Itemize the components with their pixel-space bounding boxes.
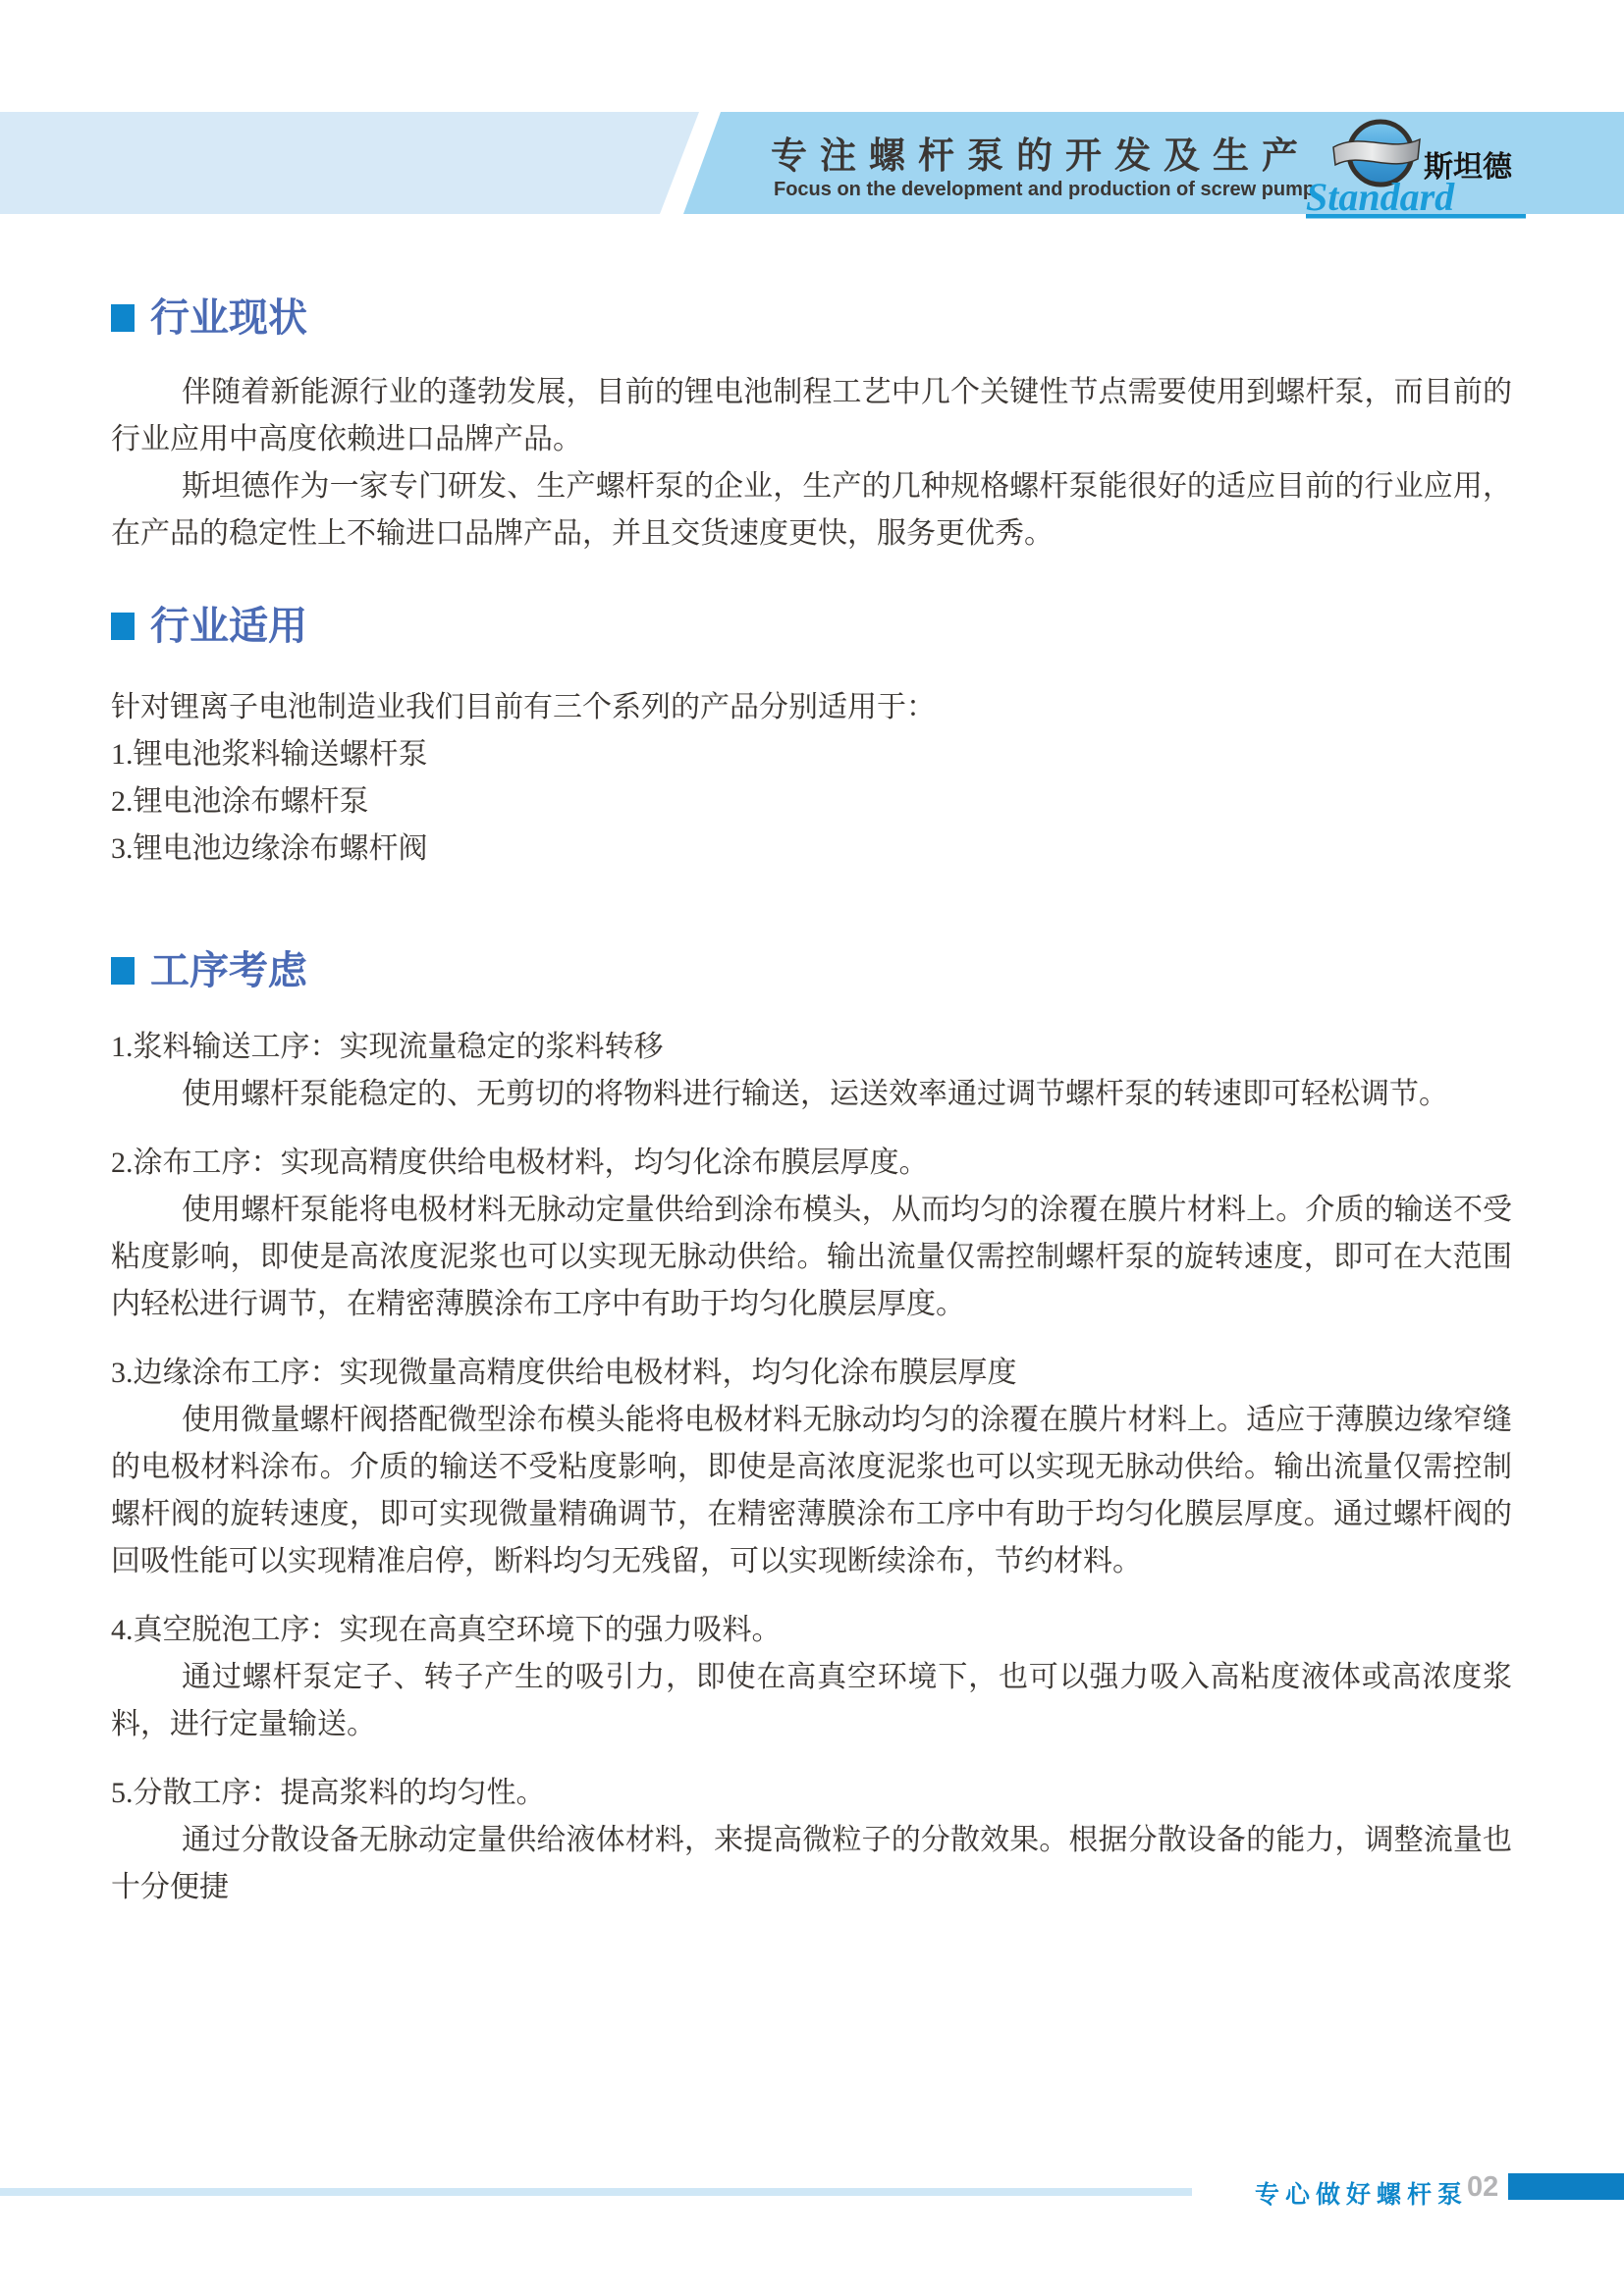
process-body: 使用螺杆泵能将电极材料无脉动定量供给到涂布模头，从而均匀的涂覆在膜片材料上。介质… <box>111 1187 1512 1328</box>
process-item: 2.涂布工序：实现高精度供给电极材料，均匀化涂布膜层厚度。 使用螺杆泵能将电极材… <box>111 1140 1512 1328</box>
logo-globe-icon: 斯坦德 Standard <box>1304 114 1530 226</box>
process-heading: 2.涂布工序：实现高精度供给电极材料，均匀化涂布膜层厚度。 <box>111 1140 1512 1187</box>
banner-title: 专注螺杆泵的开发及生产 <box>771 126 1311 179</box>
blue-square-bullet-icon <box>111 957 135 985</box>
banner-subtitle: Focus on the development and production … <box>774 179 1315 201</box>
company-logo: 斯坦德 Standard <box>1304 114 1530 226</box>
section-industry-application: 行业适用 针对锂离子电池制造业我们目前有三个系列的产品分别适用于： 1.锂电池浆… <box>111 603 1512 873</box>
footer-slogan: 专心做好螺杆泵 <box>1255 2175 1468 2211</box>
logo-swoosh <box>1333 139 1420 165</box>
logo-underline <box>1306 214 1526 219</box>
list-item: 2.锂电池涂布螺杆泵 <box>111 778 1512 826</box>
process-body: 通过分散设备无脉动定量供给液体材料，来提高微粒子的分散效果。根据分散设备的能力，… <box>111 1817 1512 1911</box>
process-item: 5.分散工序：提高浆料的均匀性。 通过分散设备无脉动定量供给液体材料，来提高微粒… <box>111 1770 1512 1911</box>
paragraph: 斯坦德作为一家专门研发、生产螺杆泵的企业，生产的几种规格螺杆泵能很好的适应目前的… <box>111 463 1512 558</box>
footer-blue-block <box>1508 2173 1624 2200</box>
document-content: 行业现状 伴随着新能源行业的蓬勃发展，目前的锂电池制程工艺中几个关键性节点需要使… <box>111 294 1512 1933</box>
section-title-text: 行业现状 <box>150 294 307 342</box>
section-title-text: 行业适用 <box>150 603 307 650</box>
process-item: 1.浆料输送工序：实现流量稳定的浆料转移 使用螺杆泵能稳定的、无剪切的将物料进行… <box>111 1024 1512 1118</box>
logo-text-en: Standard <box>1306 175 1455 219</box>
process-body: 使用微量螺杆阀搭配微型涂布模头能将电极材料无脉动均匀的涂覆在膜片材料上。适应于薄… <box>111 1397 1512 1585</box>
process-item: 4.真空脱泡工序：实现在高真空环境下的强力吸料。 通过螺杆泵定子、转子产生的吸引… <box>111 1607 1512 1748</box>
section-title-text: 工序考虑 <box>150 947 307 994</box>
paragraph: 伴随着新能源行业的蓬勃发展，目前的锂电池制程工艺中几个关键性节点需要使用到螺杆泵… <box>111 369 1512 463</box>
footer-light-bar <box>0 2188 1192 2196</box>
section-process-considerations: 工序考虑 1.浆料输送工序：实现流量稳定的浆料转移 使用螺杆泵能稳定的、无剪切的… <box>111 947 1512 1911</box>
section-title: 行业现状 <box>111 294 1512 342</box>
process-item: 3.边缘涂布工序：实现微量高精度供给电极材料，均匀化涂布膜层厚度 使用微量螺杆阀… <box>111 1350 1512 1585</box>
section-industry-status: 行业现状 伴随着新能源行业的蓬勃发展，目前的锂电池制程工艺中几个关键性节点需要使… <box>111 294 1512 558</box>
process-heading: 5.分散工序：提高浆料的均匀性。 <box>111 1770 1512 1817</box>
process-body: 通过螺杆泵定子、转子产生的吸引力，即使在高真空环境下，也可以强力吸入高粘度液体或… <box>111 1654 1512 1748</box>
brochure-page: 专注螺杆泵的开发及生产 Focus on the development and… <box>0 0 1624 2296</box>
process-body: 使用螺杆泵能稳定的、无剪切的将物料进行输送，运送效率通过调节螺杆泵的转速即可轻松… <box>111 1071 1512 1118</box>
process-heading: 4.真空脱泡工序：实现在高真空环境下的强力吸料。 <box>111 1607 1512 1654</box>
section-title: 行业适用 <box>111 603 1512 650</box>
blue-square-bullet-icon <box>111 613 135 640</box>
list-item: 3.锂电池边缘涂布螺杆阀 <box>111 826 1512 873</box>
footer-page-number: 02 <box>1467 2171 1498 2204</box>
application-intro: 针对锂离子电池制造业我们目前有三个系列的产品分别适用于： <box>111 684 1512 731</box>
banner-light-stripe <box>0 112 699 214</box>
section-title: 工序考虑 <box>111 947 1512 994</box>
process-heading: 3.边缘涂布工序：实现微量高精度供给电极材料，均匀化涂布膜层厚度 <box>111 1350 1512 1397</box>
blue-square-bullet-icon <box>111 304 135 332</box>
process-heading: 1.浆料输送工序：实现流量稳定的浆料转移 <box>111 1024 1512 1071</box>
list-item: 1.锂电池浆料输送螺杆泵 <box>111 731 1512 778</box>
